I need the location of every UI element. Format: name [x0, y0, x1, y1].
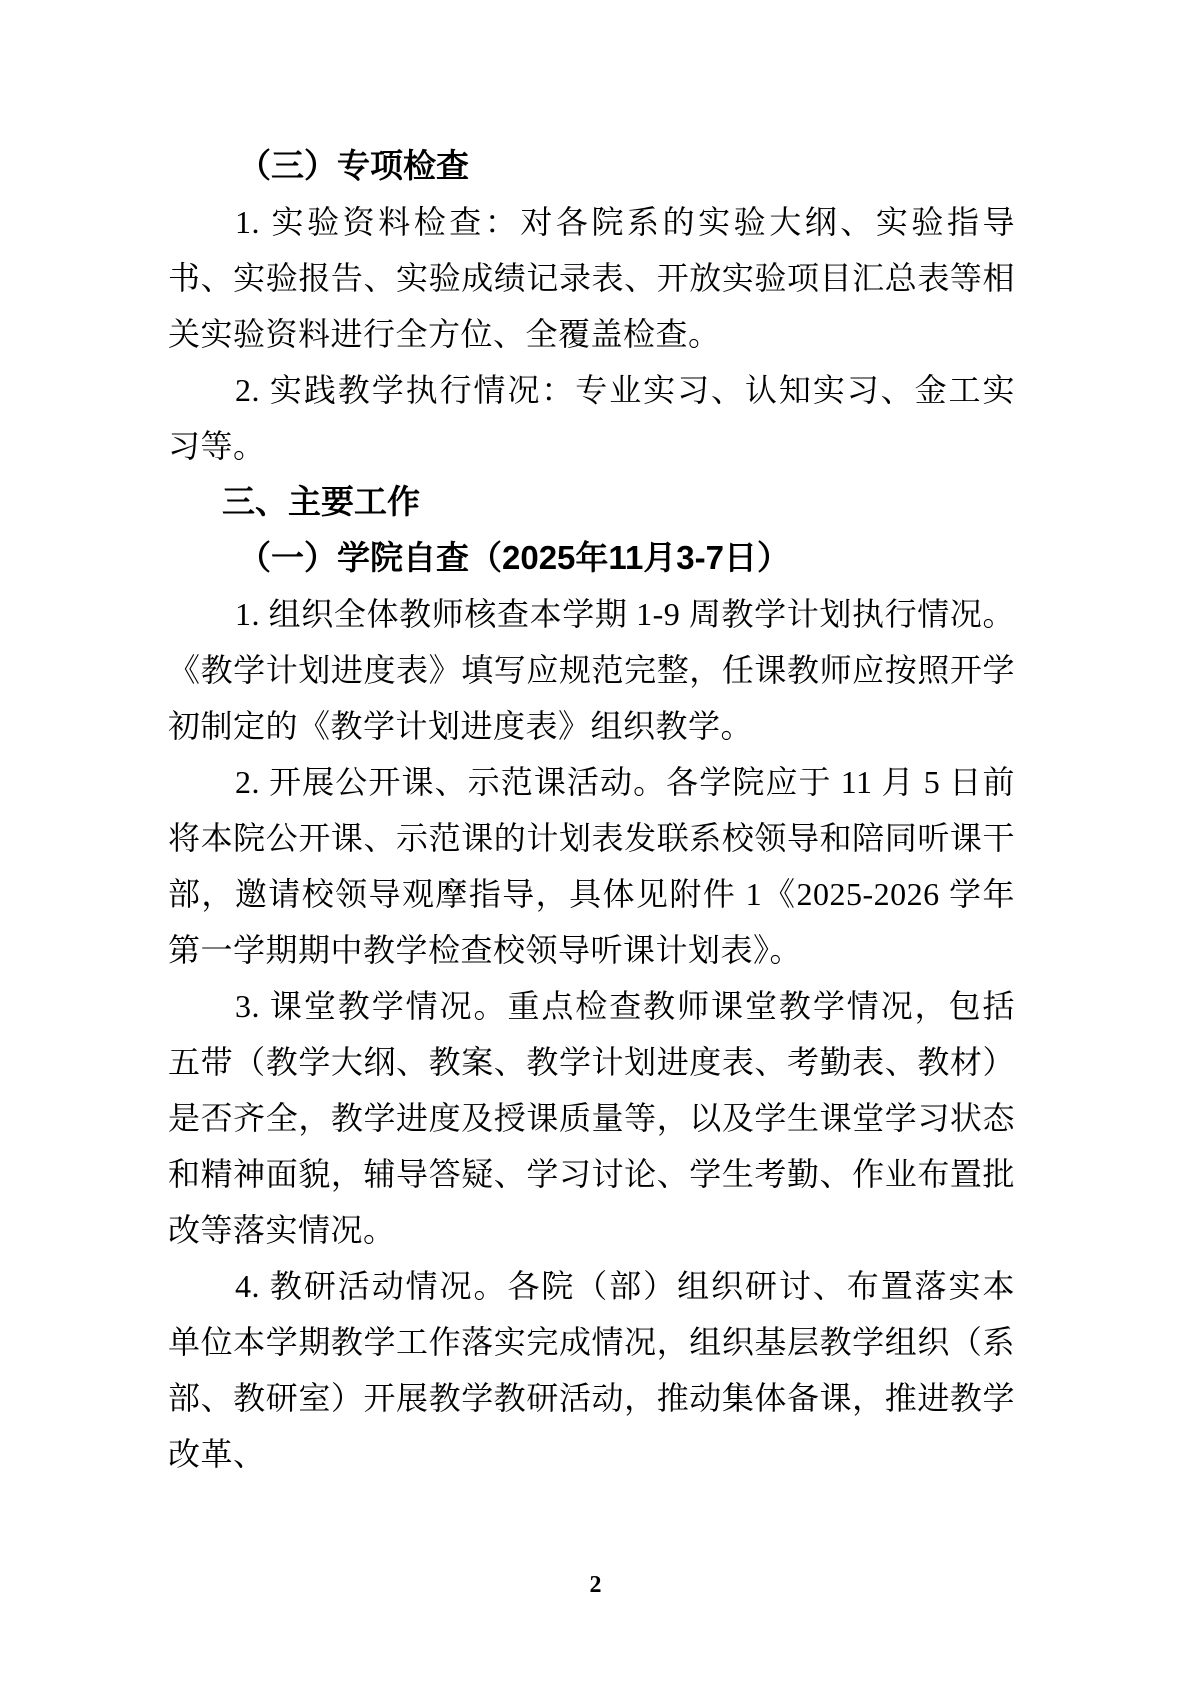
paragraph-open-class: 2. 开展公开课、示范课活动。各学院应于 11 月 5 日前将本院公开课、示范课… [168, 754, 1015, 978]
section-heading-college-self-check: （一）学院自查（2025年11月3-7日） [168, 530, 1015, 586]
page-number: 2 [0, 1570, 1191, 1600]
paragraph-classroom-teaching: 3. 课堂教学情况。重点检查教师课堂教学情况，包括五带（教学大纲、教案、教学计划… [168, 978, 1015, 1258]
paragraph-teaching-plan-check: 1. 组织全体教师核查本学期 1-9 周教学计划执行情况。《教学计划进度表》填写… [168, 586, 1015, 754]
document-content: （三）专项检查 1. 实验资料检查：对各院系的实验大纲、实验指导书、实验报告、实… [168, 138, 1015, 1482]
section-heading-main-work: 三、主要工作 [168, 474, 1015, 530]
paragraph-lab-materials: 1. 实验资料检查：对各院系的实验大纲、实验指导书、实验报告、实验成绩记录表、开… [168, 194, 1015, 362]
document-page: （三）专项检查 1. 实验资料检查：对各院系的实验大纲、实验指导书、实验报告、实… [0, 0, 1191, 1684]
paragraph-practical-teaching: 2. 实践教学执行情况：专业实习、认知实习、金工实习等。 [168, 362, 1015, 474]
paragraph-teaching-research: 4. 教研活动情况。各院（部）组织研讨、布置落实本单位本学期教学工作落实完成情况… [168, 1258, 1015, 1482]
section-heading-special-inspection: （三）专项检查 [168, 138, 1015, 194]
